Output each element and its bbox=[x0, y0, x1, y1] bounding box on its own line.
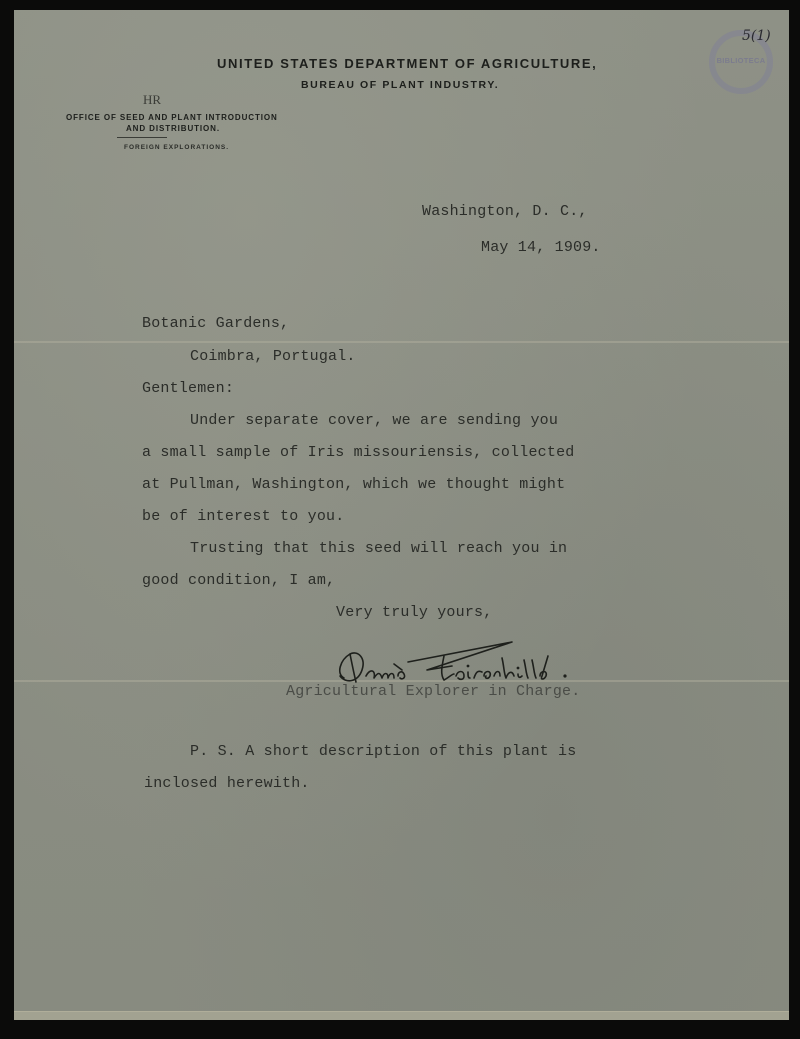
signature-icon bbox=[332, 630, 612, 690]
letter-place: Washington, D. C., bbox=[422, 203, 588, 220]
stamp-text: BIBLIOTECA bbox=[715, 56, 767, 65]
letter-page: UNITED STATES DEPARTMENT OF AGRICULTURE,… bbox=[14, 10, 789, 1020]
body-line: be of interest to you. bbox=[142, 508, 344, 525]
letterhead-office-line2: AND DISTRIBUTION. bbox=[126, 124, 220, 133]
letterhead-initials: HR bbox=[143, 92, 161, 108]
postscript-line: inclosed herewith. bbox=[144, 775, 310, 792]
letter-date: May 14, 1909. bbox=[481, 239, 601, 256]
recipient-line1: Botanic Gardens, bbox=[142, 315, 289, 332]
archive-number: 5(1) bbox=[742, 28, 771, 44]
body-line: Trusting that this seed will reach you i… bbox=[190, 540, 567, 557]
letterhead-bureau: BUREAU OF PLANT INDUSTRY. bbox=[301, 79, 499, 91]
body-line: Under separate cover, we are sending you bbox=[190, 412, 558, 429]
scanned-document: UNITED STATES DEPARTMENT OF AGRICULTURE,… bbox=[0, 0, 800, 1039]
fold-line bbox=[14, 341, 789, 343]
recipient-line2: Coimbra, Portugal. bbox=[190, 348, 356, 365]
letterhead-department: UNITED STATES DEPARTMENT OF AGRICULTURE, bbox=[217, 56, 597, 71]
body-line: a small sample of Iris missouriensis, co… bbox=[142, 444, 574, 461]
closing: Very truly yours, bbox=[336, 604, 492, 621]
letterhead-division: FOREIGN EXPLORATIONS. bbox=[124, 144, 229, 151]
letterhead-office-line1: OFFICE OF SEED AND PLANT INTRODUCTION bbox=[66, 113, 278, 122]
letterhead-divider bbox=[117, 137, 167, 138]
body-line: good condition, I am, bbox=[142, 572, 335, 589]
postscript-line: P. S. A short description of this plant … bbox=[190, 743, 576, 760]
body-line: at Pullman, Washington, which we thought… bbox=[142, 476, 565, 493]
salutation: Gentlemen: bbox=[142, 380, 234, 397]
paper-edge bbox=[14, 1011, 789, 1020]
signer-title: Agricultural Explorer in Charge. bbox=[286, 683, 580, 700]
